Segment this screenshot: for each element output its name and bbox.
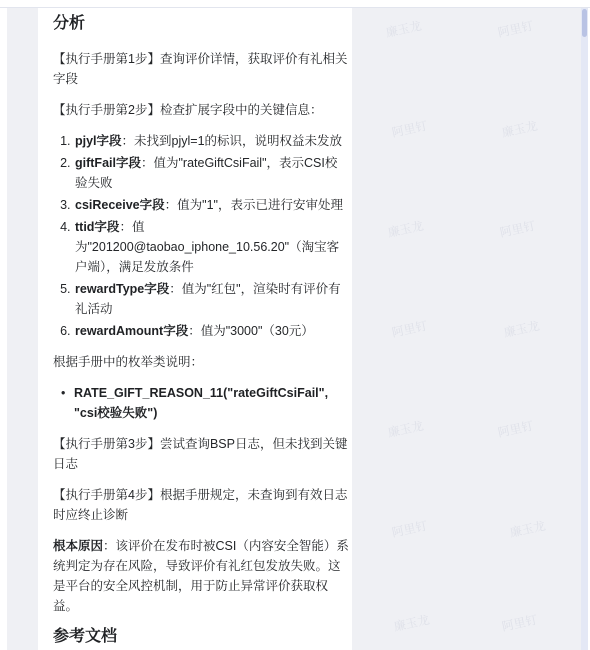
watermark-text: 廉玉龙: [500, 117, 539, 141]
bold-text: RATE_GIFT_REASON_11("rateGiftCsiFail", "…: [74, 386, 328, 420]
list-item: giftFail字段：值为"rateGiftCsiFail"，表示CSI校验失败: [74, 153, 349, 193]
watermark-text: 廉玉龙: [502, 317, 541, 341]
paragraph: 【执行手册第2步】检查扩展字段中的关键信息：: [53, 100, 349, 120]
watermark-text: 廉玉龙: [386, 417, 425, 441]
scrollbar-track[interactable]: [581, 8, 588, 650]
section-heading: 分析: [53, 14, 349, 34]
watermark-text: 廉玉龙: [508, 517, 547, 541]
watermark-text: 阿里钉: [390, 117, 429, 141]
right-background-panel: 廉玉龙阿里钉阿里钉廉玉龙廉玉龙阿里钉阿里钉廉玉龙廉玉龙阿里钉阿里钉廉玉龙廉玉龙阿…: [352, 8, 581, 650]
paragraph: 【执行手册第3步】尝试查询BSP日志，但未找到关键日志: [53, 434, 349, 474]
analysis-content: 分析【执行手册第1步】查询评价详情，获取评价有礼相关字段【执行手册第2步】检查扩…: [53, 14, 349, 647]
bullet-list: RATE_GIFT_REASON_11("rateGiftCsiFail", "…: [53, 383, 349, 423]
paragraph: 【执行手册第1步】查询评价详情，获取评价有礼相关字段: [53, 49, 349, 89]
bold-text: csiReceive字段: [75, 198, 165, 212]
watermark-text: 阿里钉: [390, 517, 429, 541]
watermark-text: 廉玉龙: [392, 611, 431, 635]
list-item: rewardAmount字段：值为"3000"（30元）: [74, 321, 349, 341]
bold-text: rewardType字段: [75, 282, 169, 296]
bold-text: giftFail字段: [75, 156, 141, 170]
left-gutter: [7, 8, 38, 650]
section-heading: 参考文档: [53, 627, 349, 647]
scrollbar-thumb[interactable]: [582, 9, 587, 37]
list-item: csiReceive字段：值为"1"，表示已进行安审处理: [74, 195, 349, 215]
watermark-text: 阿里钉: [390, 317, 429, 341]
bold-text: rewardAmount字段: [75, 324, 188, 338]
list-item: ttid字段：值为"201200@taobao_iphone_10.56.20"…: [74, 217, 349, 277]
list-item: pjyl字段：未找到pjyl=1的标识，说明权益未发放: [74, 131, 349, 151]
numbered-list: pjyl字段：未找到pjyl=1的标识，说明权益未发放giftFail字段：值为…: [53, 131, 349, 341]
paragraph: 【执行手册第4步】根据手册规定，未查询到有效日志时应终止诊断: [53, 485, 349, 525]
watermark-text: 阿里钉: [498, 217, 537, 241]
paragraph: 根本原因：该评价在发布时被CSI（内容安全智能）系统判定为存在风险，导致评价有礼…: [53, 536, 349, 616]
watermark-text: 廉玉龙: [386, 217, 425, 241]
watermark-text: 阿里钉: [500, 611, 539, 635]
bold-text: ttid字段: [75, 220, 119, 234]
bold-text: pjyl字段: [75, 134, 122, 148]
watermark-text: 阿里钉: [496, 17, 535, 41]
analysis-message-card: 分析【执行手册第1步】查询评价详情，获取评价有礼相关字段【执行手册第2步】检查扩…: [38, 8, 352, 650]
list-item: RATE_GIFT_REASON_11("rateGiftCsiFail", "…: [74, 383, 349, 423]
watermark-text: 阿里钉: [496, 417, 535, 441]
paragraph: 根据手册中的枚举类说明：: [53, 352, 349, 372]
watermark-text: 廉玉龙: [384, 17, 423, 41]
list-item: rewardType字段：值为"红包"，渲染时有评价有礼活动: [74, 279, 349, 319]
bold-text: 根本原因: [53, 539, 103, 553]
